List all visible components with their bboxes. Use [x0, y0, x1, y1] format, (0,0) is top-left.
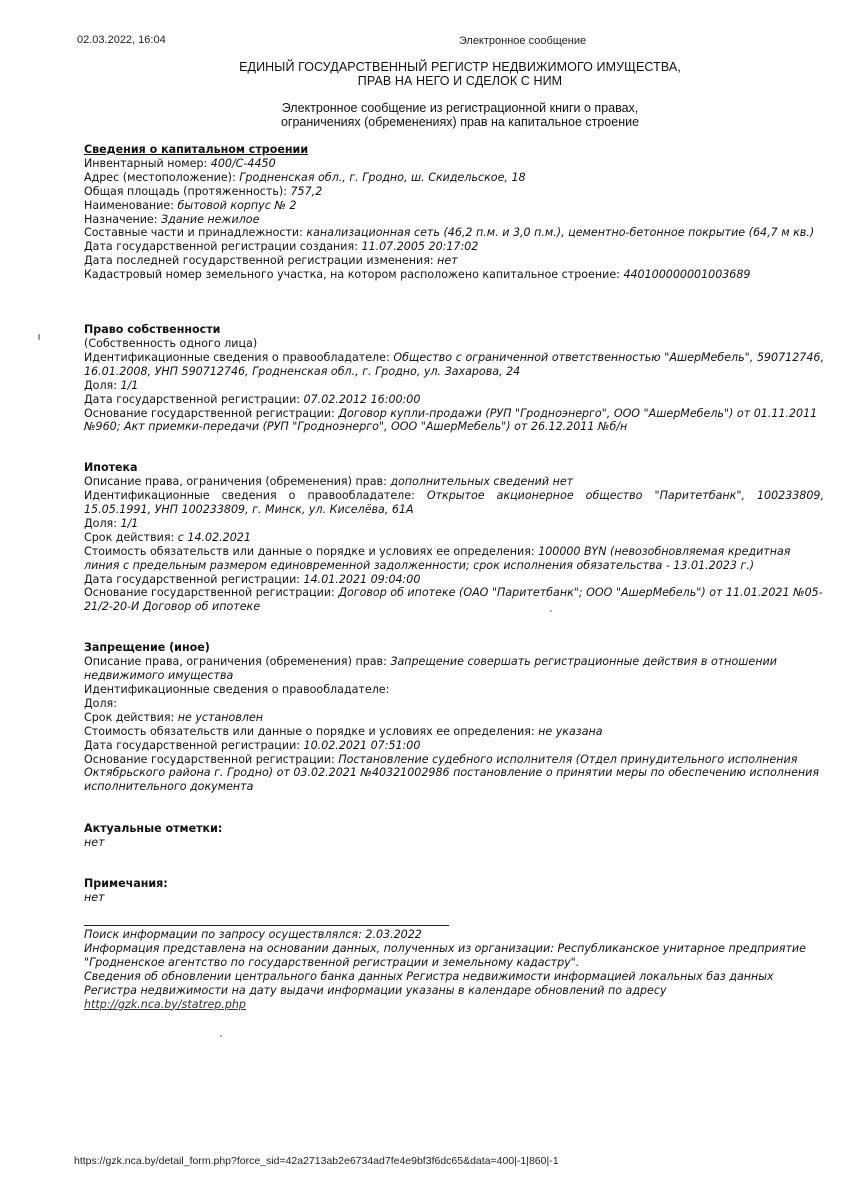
field-label: Основание государственной регистрации: — [84, 407, 338, 420]
print-timestamp: 02.03.2022, 16:04 — [77, 34, 166, 46]
field-value: Здание нежилое — [161, 213, 259, 226]
scan-speck — [38, 334, 40, 340]
building-section: Сведения о капитальном строении Инвентар… — [84, 143, 824, 282]
field-value: Гродненская обл., г. Гродно, ш. Скидельс… — [239, 171, 525, 184]
ownership-kind: (Собственность одного лица) — [84, 337, 824, 351]
footer-update-info: Сведения об обновлении центрального банк… — [84, 970, 824, 998]
document-title: ЕДИНЫЙ ГОСУДАРСТВЕННЫЙ РЕГИСТР НЕДВИЖИМО… — [180, 60, 740, 88]
field-label: Составные части и принадлежности: — [84, 226, 306, 239]
mortgage-heading: Ипотека — [84, 461, 824, 475]
field-row: Идентификационные сведения о правооблада… — [84, 489, 824, 517]
field-value: бытовой корпус № 2 — [177, 199, 296, 212]
field-label: Срок действия: — [84, 711, 178, 724]
field-row: Адрес (местоположение): Гродненская обл.… — [84, 171, 824, 185]
field-value: 1/1 — [120, 379, 138, 392]
field-value: 10.02.2021 07:51:00 — [304, 739, 421, 752]
spacer — [84, 434, 824, 461]
field-label: Назначение: — [84, 213, 161, 226]
field-row: Стоимость обязательств или данные о поря… — [84, 545, 824, 573]
current-marks-heading: Актуальные отметки: — [84, 822, 824, 836]
field-label: Дата государственной регистрации создани… — [84, 240, 361, 253]
field-value: с 14.02.2021 — [178, 531, 251, 544]
field-label: Идентификационные сведения о правооблада… — [84, 683, 389, 696]
field-label: Идентификационные сведения о правооблада… — [84, 351, 393, 364]
spacer — [84, 282, 824, 323]
field-value: 11.07.2005 20:17:02 — [361, 240, 478, 253]
building-heading: Сведения о капитальном строении — [84, 143, 824, 157]
spacer — [84, 794, 824, 822]
field-row: Основание государственной регистрации: Д… — [84, 586, 824, 614]
field-value: 440100000001003689 — [623, 268, 750, 281]
notes-value: нет — [84, 891, 824, 905]
ownership-fields: Идентификационные сведения о правооблада… — [84, 351, 824, 434]
ownership-section: Право собственности (Собственность одног… — [84, 323, 824, 434]
document-page: 02.03.2022, 16:04 Электронное сообщение … — [0, 0, 865, 1200]
field-row: Описание права, ограничения (обременения… — [84, 655, 824, 683]
field-row: Дата государственной регистрации: 07.02.… — [84, 393, 824, 407]
field-label: Общая площадь (протяженность): — [84, 185, 291, 198]
field-label: Инвентарный номер: — [84, 157, 211, 170]
statrep-link[interactable]: http://gzk.nca.by/statrep.php — [84, 998, 246, 1011]
field-row: Кадастровый номер земельного участка, на… — [84, 268, 824, 282]
field-row: Основание государственной регистрации: П… — [84, 753, 824, 795]
field-label: Стоимость обязательств или данные о поря… — [84, 725, 538, 738]
field-row: Идентификационные сведения о правооблада… — [84, 683, 824, 697]
page-url: https://gzk.nca.by/detail_form.php?force… — [74, 1155, 559, 1167]
field-row: Срок действия: не установлен — [84, 711, 824, 725]
prohibition-section: Запрещение (иное) Описание права, ограни… — [84, 641, 824, 794]
field-label: Срок действия: — [84, 531, 178, 544]
field-value: не установлен — [178, 711, 263, 724]
field-value: нет — [437, 254, 458, 267]
spacer — [84, 850, 824, 877]
field-label: Дата государственной регистрации: — [84, 739, 304, 752]
field-row: Идентификационные сведения о правооблада… — [84, 351, 824, 379]
field-label: Кадастровый номер земельного участка, на… — [84, 268, 623, 281]
scan-speck — [220, 1035, 222, 1037]
spacer — [84, 614, 824, 641]
print-page-title: Электронное сообщение — [400, 35, 645, 47]
field-row: Наименование: бытовой корпус № 2 — [84, 199, 824, 213]
mortgage-fields: Описание права, ограничения (обременения… — [84, 475, 824, 614]
field-label: Доля: — [84, 697, 117, 710]
field-value: 07.02.2012 16:00:00 — [304, 393, 421, 406]
field-label: Дата государственной регистрации: — [84, 573, 304, 586]
field-row: Стоимость обязательств или данные о поря… — [84, 725, 824, 739]
field-label: Идентификационные сведения о правооблада… — [84, 489, 427, 502]
field-value: 400/С-4450 — [211, 157, 276, 170]
field-label: Дата государственной регистрации: — [84, 393, 304, 406]
footer-info: Поиск информации по запросу осуществлялс… — [84, 925, 824, 1011]
field-label: Основание государственной регистрации: — [84, 753, 338, 766]
field-label: Дата последней государственной регистрац… — [84, 254, 437, 267]
field-value: дополнительных сведений нет — [390, 475, 573, 488]
field-row: Доля: 1/1 — [84, 517, 824, 531]
field-row: Основание государственной регистрации: Д… — [84, 407, 824, 435]
field-row: Дата последней государственной регистрац… — [84, 254, 824, 268]
footer-separator — [84, 925, 449, 926]
field-row: Доля: 1/1 — [84, 379, 824, 393]
field-label: Доля: — [84, 517, 120, 530]
document-title-line-2: ПРАВ НА НЕГО И СДЕЛОК С НИМ — [180, 74, 740, 88]
field-label: Стоимость обязательств или данные о поря… — [84, 545, 538, 558]
document-subtitle: Электронное сообщение из регистрационной… — [180, 101, 740, 129]
field-row: Общая площадь (протяженность): 757,2 — [84, 185, 824, 199]
field-value: 14.01.2021 09:04:00 — [304, 573, 421, 586]
document-content: Сведения о капитальном строении Инвентар… — [84, 143, 824, 905]
current-marks-value: нет — [84, 836, 824, 850]
prohibition-fields: Описание права, ограничения (обременения… — [84, 655, 824, 794]
field-value: 1/1 — [120, 517, 138, 530]
field-label: Доля: — [84, 379, 120, 392]
footer-source: Информация представлена на основании дан… — [84, 942, 824, 970]
field-row: Дата государственной регистрации: 14.01.… — [84, 573, 824, 587]
field-row: Срок действия: с 14.02.2021 — [84, 531, 824, 545]
field-value: не указана — [538, 725, 602, 738]
document-subtitle-line-1: Электронное сообщение из регистрационной… — [180, 101, 740, 115]
scan-speck — [550, 610, 552, 612]
mortgage-section: Ипотека Описание права, ограничения (обр… — [84, 461, 824, 614]
field-row: Дата государственной регистрации создани… — [84, 240, 824, 254]
field-row: Описание права, ограничения (обременения… — [84, 475, 824, 489]
footer-search-date: Поиск информации по запросу осуществлялс… — [84, 928, 824, 942]
notes-section: Примечания: нет — [84, 877, 824, 905]
field-value: 757,2 — [291, 185, 323, 198]
field-label: Наименование: — [84, 199, 177, 212]
field-label: Описание права, ограничения (обременения… — [84, 475, 390, 488]
document-title-line-1: ЕДИНЫЙ ГОСУДАРСТВЕННЫЙ РЕГИСТР НЕДВИЖИМО… — [180, 60, 740, 74]
field-label: Основание государственной регистрации: — [84, 586, 338, 599]
field-row: Дата государственной регистрации: 10.02.… — [84, 739, 824, 753]
notes-heading: Примечания: — [84, 877, 824, 891]
document-subtitle-line-2: ограничениях (обременениях) прав на капи… — [180, 115, 740, 129]
field-row: Составные части и принадлежности: канали… — [84, 226, 824, 240]
field-row: Назначение: Здание нежилое — [84, 213, 824, 227]
field-row: Инвентарный номер: 400/С-4450 — [84, 157, 824, 171]
field-label: Описание права, ограничения (обременения… — [84, 655, 390, 668]
field-value: канализационная сеть (46,2 п.м. и 3,0 п.… — [306, 226, 814, 239]
current-marks-section: Актуальные отметки: нет — [84, 822, 824, 850]
ownership-heading: Право собственности — [84, 323, 824, 337]
building-fields: Инвентарный номер: 400/С-4450Адрес (мест… — [84, 157, 824, 282]
field-label: Адрес (местоположение): — [84, 171, 239, 184]
field-row: Доля: — [84, 697, 824, 711]
prohibition-heading: Запрещение (иное) — [84, 641, 824, 655]
